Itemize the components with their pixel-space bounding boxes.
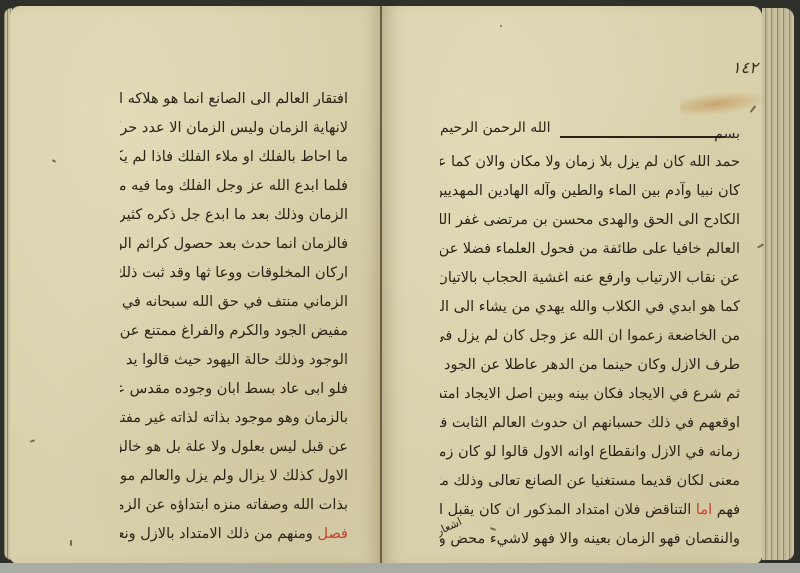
- rubric-amma: اما: [696, 502, 712, 518]
- text-line: الاول كذلك لا يزال ولم يزل والعالم موجود…: [120, 462, 348, 491]
- rubric-heading-fasl: فصل: [318, 526, 349, 542]
- text-line: عن نقاب الارتياب وارفع عنه اغشية الحجاب …: [440, 264, 740, 293]
- text-line-with-rubric: فصل ومنهم من ذلك الامتداد بالازل ونعته ا…: [120, 520, 348, 549]
- text-fragment: والنقصان فهو الزمان بعينه والا فهو لاشيء…: [440, 531, 740, 547]
- text-line: معنى لكان قديما مستغنيا عن الصانع تعالى …: [440, 467, 740, 496]
- text-fragment: ومنهم من ذلك الامتداد بالازل ونعته الرب …: [120, 526, 313, 542]
- text-line-with-rubric: كان نبيا وآدم بين الماء والطين وآله الها…: [440, 177, 740, 206]
- text-line: اركان المخلوقات ووعا ثها وقد ثبت ذلك بال…: [120, 259, 348, 288]
- manuscript-scene: افتقار العالم الى الصانع انما هو هلاكه ا…: [0, 0, 800, 573]
- text-line: زمانه في الازل وانقطاع اوانه الاول قالوا…: [440, 438, 740, 467]
- text-line-with-rubric: فهم اما التناقض فلان امتداد المذكور ان ك…: [440, 496, 740, 525]
- scan-background-strip: [0, 563, 800, 573]
- text-line: الزماني منتف في حق الله سبحانه في حق ابت…: [120, 288, 348, 317]
- text-line: العالم خافيا على طائفة من فحول العلماء ف…: [440, 235, 740, 264]
- text-line: من الخاضعة زعموا ان الله عز وجل كان لم ي…: [440, 322, 740, 351]
- paper-speck: [500, 25, 502, 27]
- paper-speck: [70, 540, 72, 546]
- basmala-rest: الله الرحمن الرحيم: [440, 120, 551, 136]
- text-fragment: فهم: [717, 502, 740, 518]
- text-line: فلو ابى عاد بسط ابان وجوده مقدس عن الزما…: [120, 375, 348, 404]
- folio-number: ١٤٢: [732, 58, 758, 77]
- text-line: الوجود وذلك حالة اليهود حيث قالوا يد الل…: [120, 346, 348, 375]
- text-line: الزمان وذلك بعد ما ابدع جل ذكره كثيرا من…: [120, 201, 348, 230]
- text-line: بالزمان وهو موجود بذاته لذاته غير مفتقر …: [120, 404, 348, 433]
- text-line-with-rubric: كما هو ابدي في الكلاب والله يهدي من يشاء…: [440, 293, 740, 322]
- text-line: طرف الازل وكان حينما من الدهر عاطلا عن ا…: [440, 351, 740, 380]
- text-line-with-rubric: والنقصان فهو الزمان بعينه والا فهو لاشيء…: [440, 525, 740, 554]
- text-line: مفيض الجود والكرم والفراغ ممتنع عن افاضة…: [120, 317, 348, 346]
- text-fragment: التناقض فلان امتداد المذكور ان كان يقبل …: [440, 502, 691, 518]
- text-line: فلما ابدع الله عز وجل الفلك وما فيه من ا…: [120, 172, 348, 201]
- text-line: اوقعهم في ذلك حسبانهم ان حدوث العالم الث…: [440, 409, 740, 438]
- book-gutter: [380, 6, 382, 564]
- text-line: الكادح الى الحق والهدى محسن بن مرتضى غفر…: [440, 206, 740, 235]
- basmala-bism: بسم: [714, 126, 740, 142]
- basmala: بسم الله الرحمن الرحيم: [440, 120, 740, 146]
- text-line: ثم شرع في الايجاد فكان بينه وبين اصل الا…: [440, 380, 740, 409]
- text-line: فالزمان انما حدث بعد حصول كرائم الوجودات…: [120, 230, 348, 259]
- left-page-text: افتقار العالم الى الصانع انما هو هلاكه ا…: [120, 85, 348, 549]
- text-line: حمد الله كان لم يزل بلا زمان ولا مكان وا…: [440, 148, 740, 177]
- text-line: ما احاط بالفلك او ملاء الفلك فاذا لم يكن…: [120, 143, 348, 172]
- text-line: عن قبل ليس بعلول ولا علة بل هو خالق المع…: [120, 433, 348, 462]
- basmala-extended-stroke: [560, 136, 726, 138]
- text-line: لانهاية الزمان وليس الزمان الا عدد حركة …: [120, 114, 348, 143]
- right-page-text: حمد الله كان لم يزل بلا زمان ولا مكان وا…: [440, 148, 740, 554]
- text-fragment: كما هو ابدي في الكلاب والله يهدي من يشاء…: [440, 299, 740, 315]
- text-fragment: كان نبيا وآدم بين الماء والطين وآله الها…: [440, 183, 740, 199]
- text-line: افتقار العالم الى الصانع انما هو هلاكه ا…: [120, 85, 348, 114]
- text-line: بذات الله وصفاته منزه ابتداؤه عن الزمان …: [120, 491, 348, 520]
